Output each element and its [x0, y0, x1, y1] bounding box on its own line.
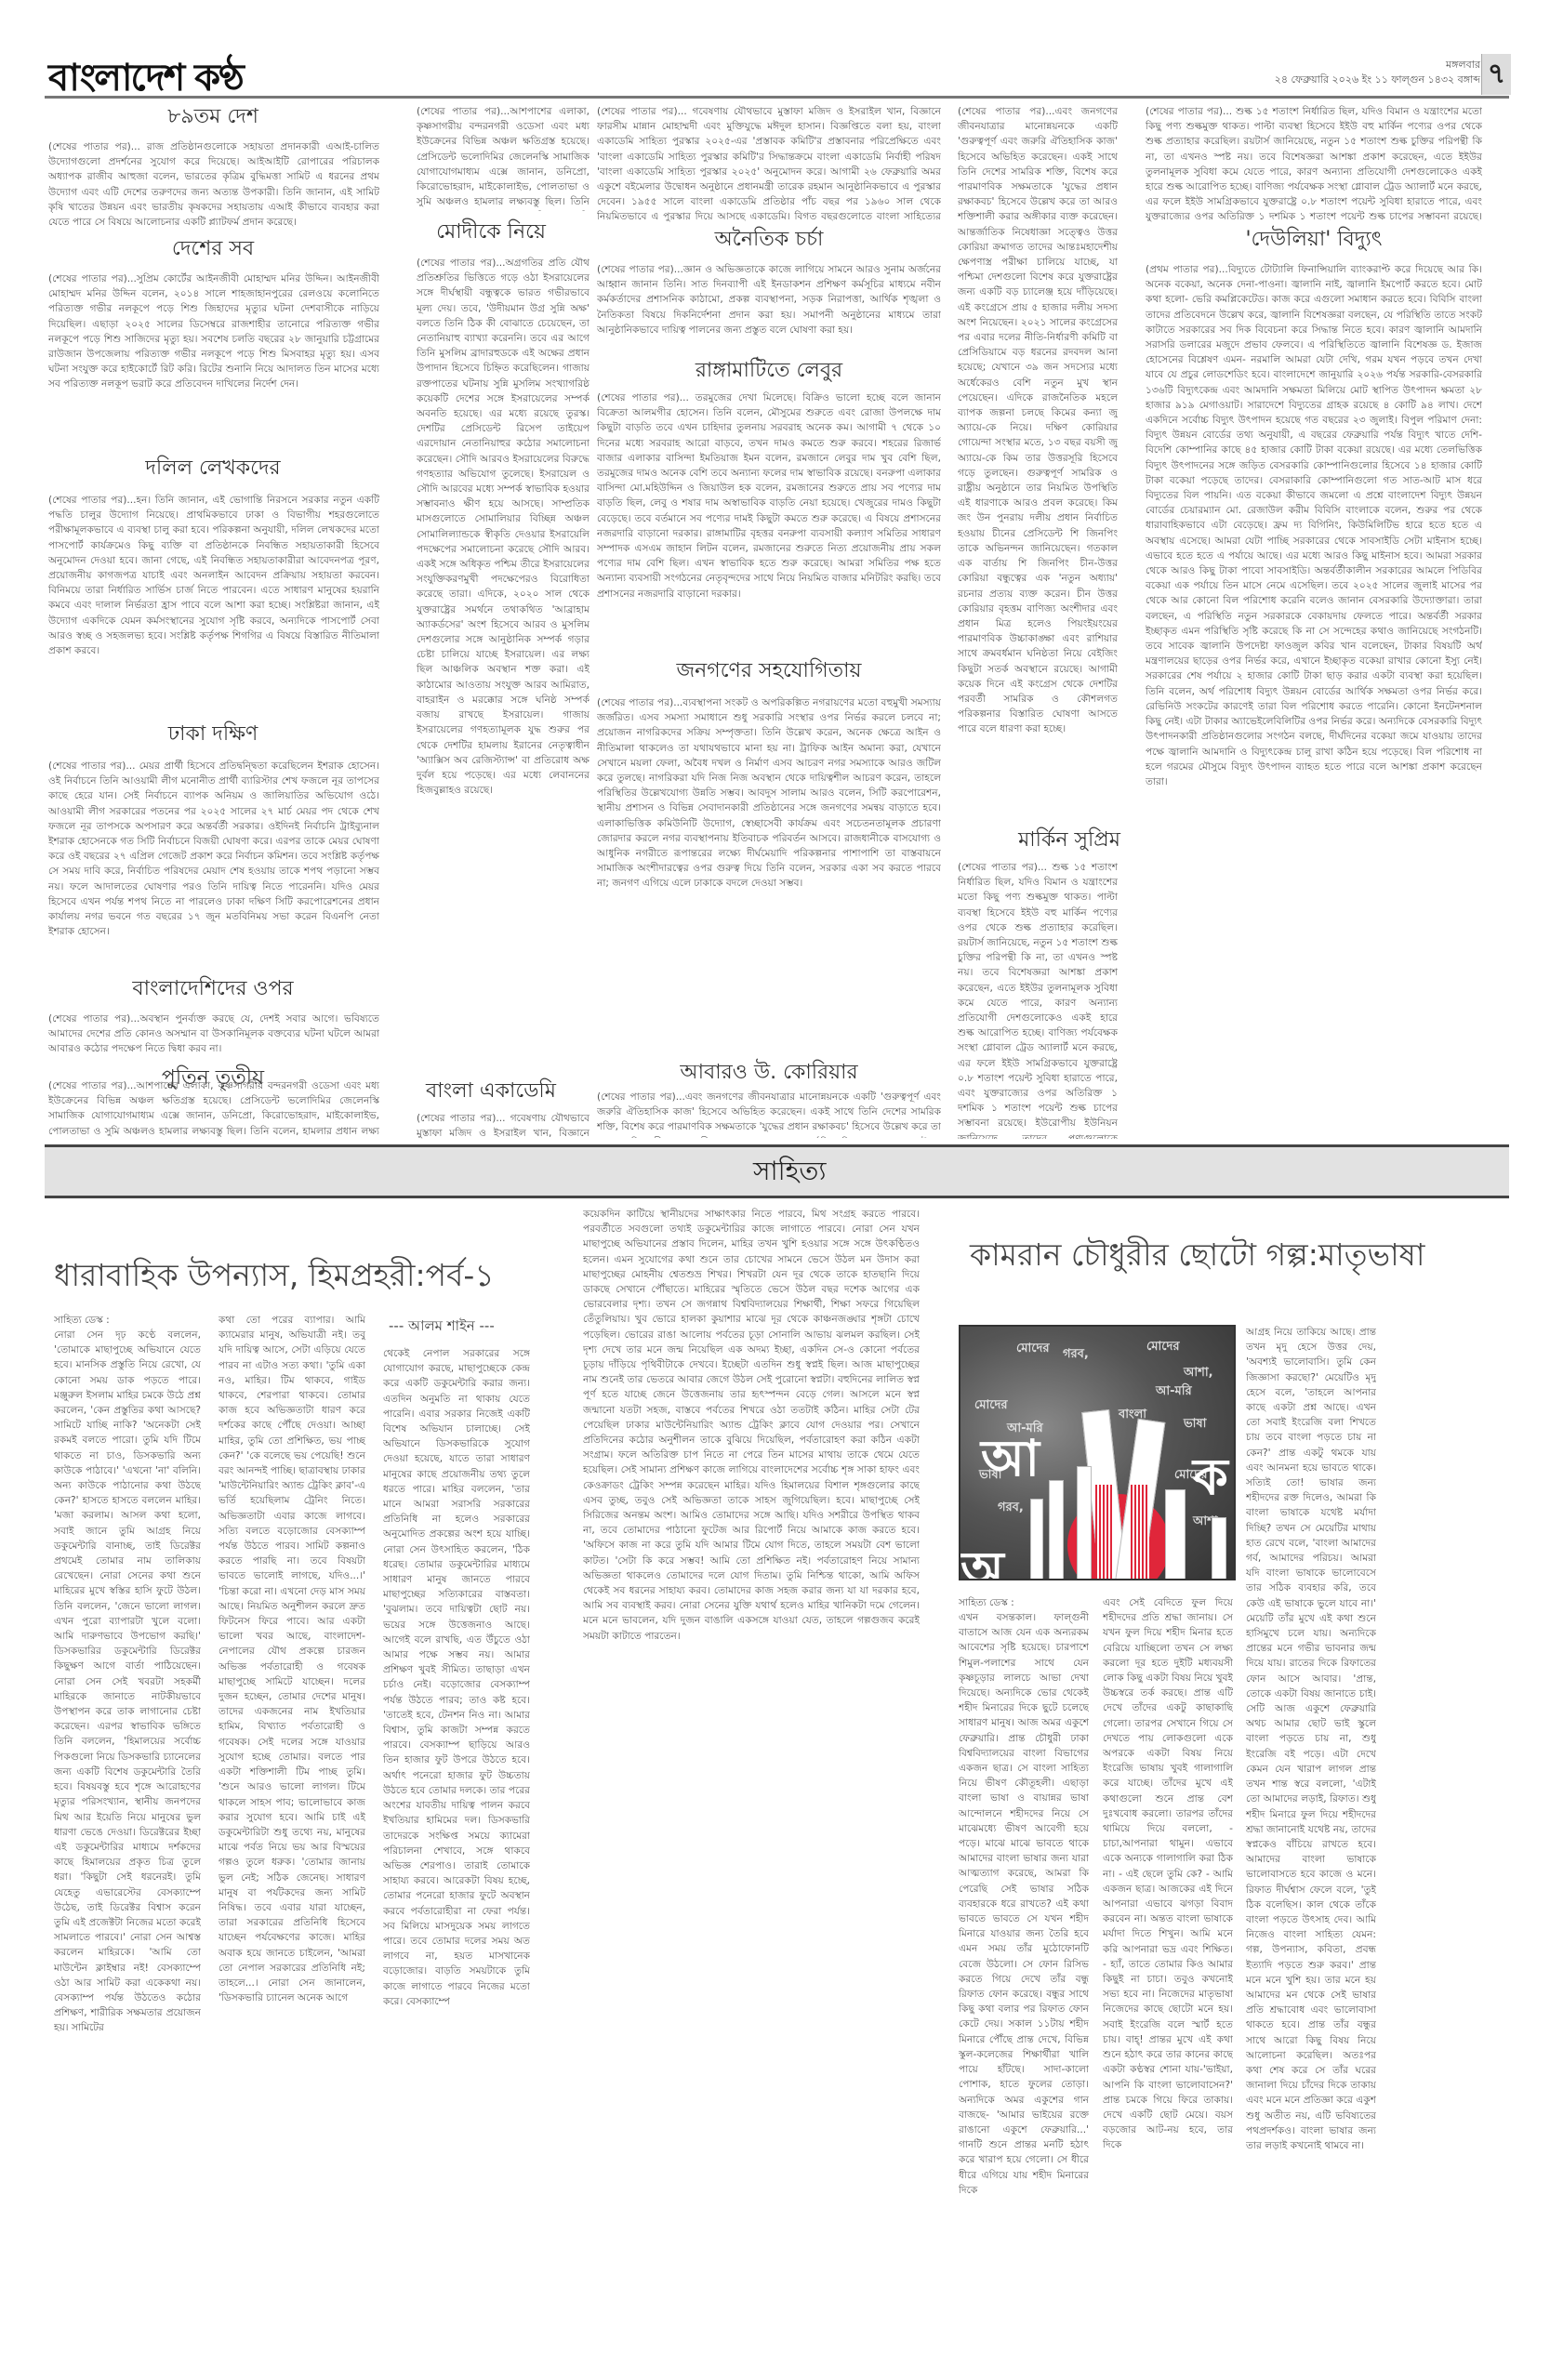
- serial-column-1: নোরা সেন দৃঢ় কণ্ঠে বললেন, 'তোমাকে মাছাপ…: [54, 1328, 201, 2343]
- article-body-continued: (শেষের পাতার পর)...এবং জনগণের জীবনযাত্রা…: [958, 104, 1118, 825]
- serial-desk-label: সাহিত্য ডেস্ক :: [54, 1313, 203, 1328]
- headline-rangamatite-lebur: রাঙ্গামাটিতে লেবুর: [597, 358, 941, 384]
- article-body: (শেষের পাতার পর)...ব্যবস্থাপনা সংকট ও অপ…: [597, 695, 941, 1058]
- article-body: (শেষের পাতার পর)... গবেষণায় যৌথভাবে মুস…: [417, 1111, 590, 1139]
- letter-a: অ: [960, 1531, 1004, 1580]
- article-body: (শেষের পাতার পর)... তরমুজের দেখা মিলেছে।…: [597, 390, 941, 655]
- article-body: (শেষের পাতার পর)...অগ্রগতির প্রতি যৌথ প্…: [417, 256, 590, 1072]
- letter-o: আ: [981, 1420, 1040, 1503]
- page-number: ৭: [1481, 54, 1511, 95]
- headline-bangla-academy: বাংলা একাডেমি: [391, 1078, 591, 1104]
- headline-bangladeshider-opor: বাংলাদেশিদের ওপর: [45, 976, 381, 1002]
- story-column-1: এখন বসন্তকাল। ফাল্গুনী বাতাসে আজ যেন এক …: [959, 1610, 1089, 2343]
- article-body: (শেষের পাতার পর)... শুল্ক ১৫ শতাংশ নির্ধ…: [958, 860, 1118, 1139]
- story-column-3: আগ্রহ নিয়ে তাকিয়ে আছে। প্রান্ত তখন মৃদ…: [1246, 1325, 1376, 2343]
- letter-ko: ক: [1193, 1438, 1228, 1522]
- serial-column-3: থেকেই নেপাল সরকারের সঙ্গে যোগাযোগ করছে, …: [383, 1346, 530, 2343]
- headline-dhaka-dokkhin: ঢাকা দক্ষিণ: [45, 721, 381, 747]
- article-body: (শেষের পাতার পর)...জ্ঞান ও অভিজ্ঞতাকে কা…: [597, 262, 941, 353]
- article-body-continued: (শেষের পাতার পর)... শুল্ক ১৫ শতাংশ নির্ধ…: [1146, 104, 1482, 223]
- article-body: (শেষের পাতার পর)...অবস্থান পুনর্ব্যক্ত ক…: [48, 1011, 379, 1060]
- serial-title: ধারাবাহিক উপন্যাস, হিমপ্রহরী:পর্ব-১: [54, 1257, 495, 1294]
- article-body: (শেষের পাতার পর)... রাজ প্রতিষ্ঠানগুলোকে…: [48, 139, 379, 232]
- article-body: (শেষের পাতার পর)... মেয়র প্রার্থী হিসেব…: [48, 759, 379, 971]
- date-line: ২৪ ফেব্রুয়ারি ২০২৬ ইং ১১ ফাল্গুন ১৪৩২ ব…: [1275, 73, 1480, 87]
- weekday: মঙ্গলবার: [1275, 58, 1480, 73]
- masthead-divider: [45, 96, 1509, 99]
- headline-desher-sob: দেশের সব: [45, 236, 381, 262]
- section-title: সাহিত্য: [753, 1153, 826, 1190]
- article-body: (শেষের পাতার পর)...হন। তিনি জানান, এই ভো…: [48, 493, 379, 708]
- story-title: কামরান চৌধুরীর ছোটো গল্প:মাতৃভাষা: [970, 1236, 1424, 1274]
- serial-column-2: কথা তো পরের ব্যাপার। আমি ক্যামেরার মানুষ…: [219, 1313, 365, 2343]
- headline-onoitik-chorcha: অনৈতিক চর্চা: [597, 227, 941, 253]
- newspaper-logo: বাংলাদেশ কণ্ঠ: [48, 58, 243, 99]
- story-desk-label: সাহিত্য ডেস্ক :: [959, 1595, 1089, 1610]
- headline-modike-niye: মোদীকে নিয়ে: [391, 219, 591, 245]
- headline-dolil-lekhokder: দলিল লেখকদের: [45, 456, 381, 482]
- headline-89tom-desh: ৮৯তম দেশ: [45, 104, 381, 130]
- article-body: (শেষের পাতার পর)...আশপাশের এলাকা, কৃষ্ণস…: [48, 1078, 379, 1138]
- article-body-continued: (শেষের পাতার পর)... গবেষণায় যৌথভাবে মুস…: [597, 104, 941, 223]
- date-block: মঙ্গলবার ২৪ ফেব্রুয়ারি ২০২৬ ইং ১১ ফাল্গ…: [1275, 58, 1480, 87]
- article-body: (শেষের পাতার পর)...এবং জনগণের জীবনযাত্রা…: [597, 1090, 941, 1138]
- article-body: (শেষের পাতার পর)...সুপ্রিম কোর্টের আইনজী…: [48, 271, 379, 450]
- headline-jonogoner-sohojogitay: জনগণের সহযোগিতায়: [597, 658, 941, 684]
- serial-byline: --- আলম শাইন ---: [389, 1316, 495, 1339]
- story-column-2: এবং সেই বেদিতে ফুল দিয়ে শহীদদের প্রতি শ…: [1103, 1595, 1233, 2343]
- headline-abaro-u-korea: আবারও উ. কোরিয়ার: [597, 1060, 941, 1086]
- headline-deuliya-biddut: 'দেউলিয়া' বিদ্যুৎ: [1146, 227, 1482, 253]
- story-illustration: মোদের গরব, মোদের আশা, আ-মরি বাংলা ভাষা ম…: [959, 1325, 1236, 1580]
- article-body-continued: (শেষের পাতার পর)...আশপাশের এলাকা, কৃষ্ণস…: [417, 104, 590, 211]
- serial-column-4: কয়েকদিন কাটিয়ে স্থানীয়দের সাক্ষাৎকার …: [583, 1207, 920, 2343]
- article-body: (প্রথম পাতার পর)...বিদ্যুতে টোট্যালি ফিন…: [1146, 262, 1482, 1138]
